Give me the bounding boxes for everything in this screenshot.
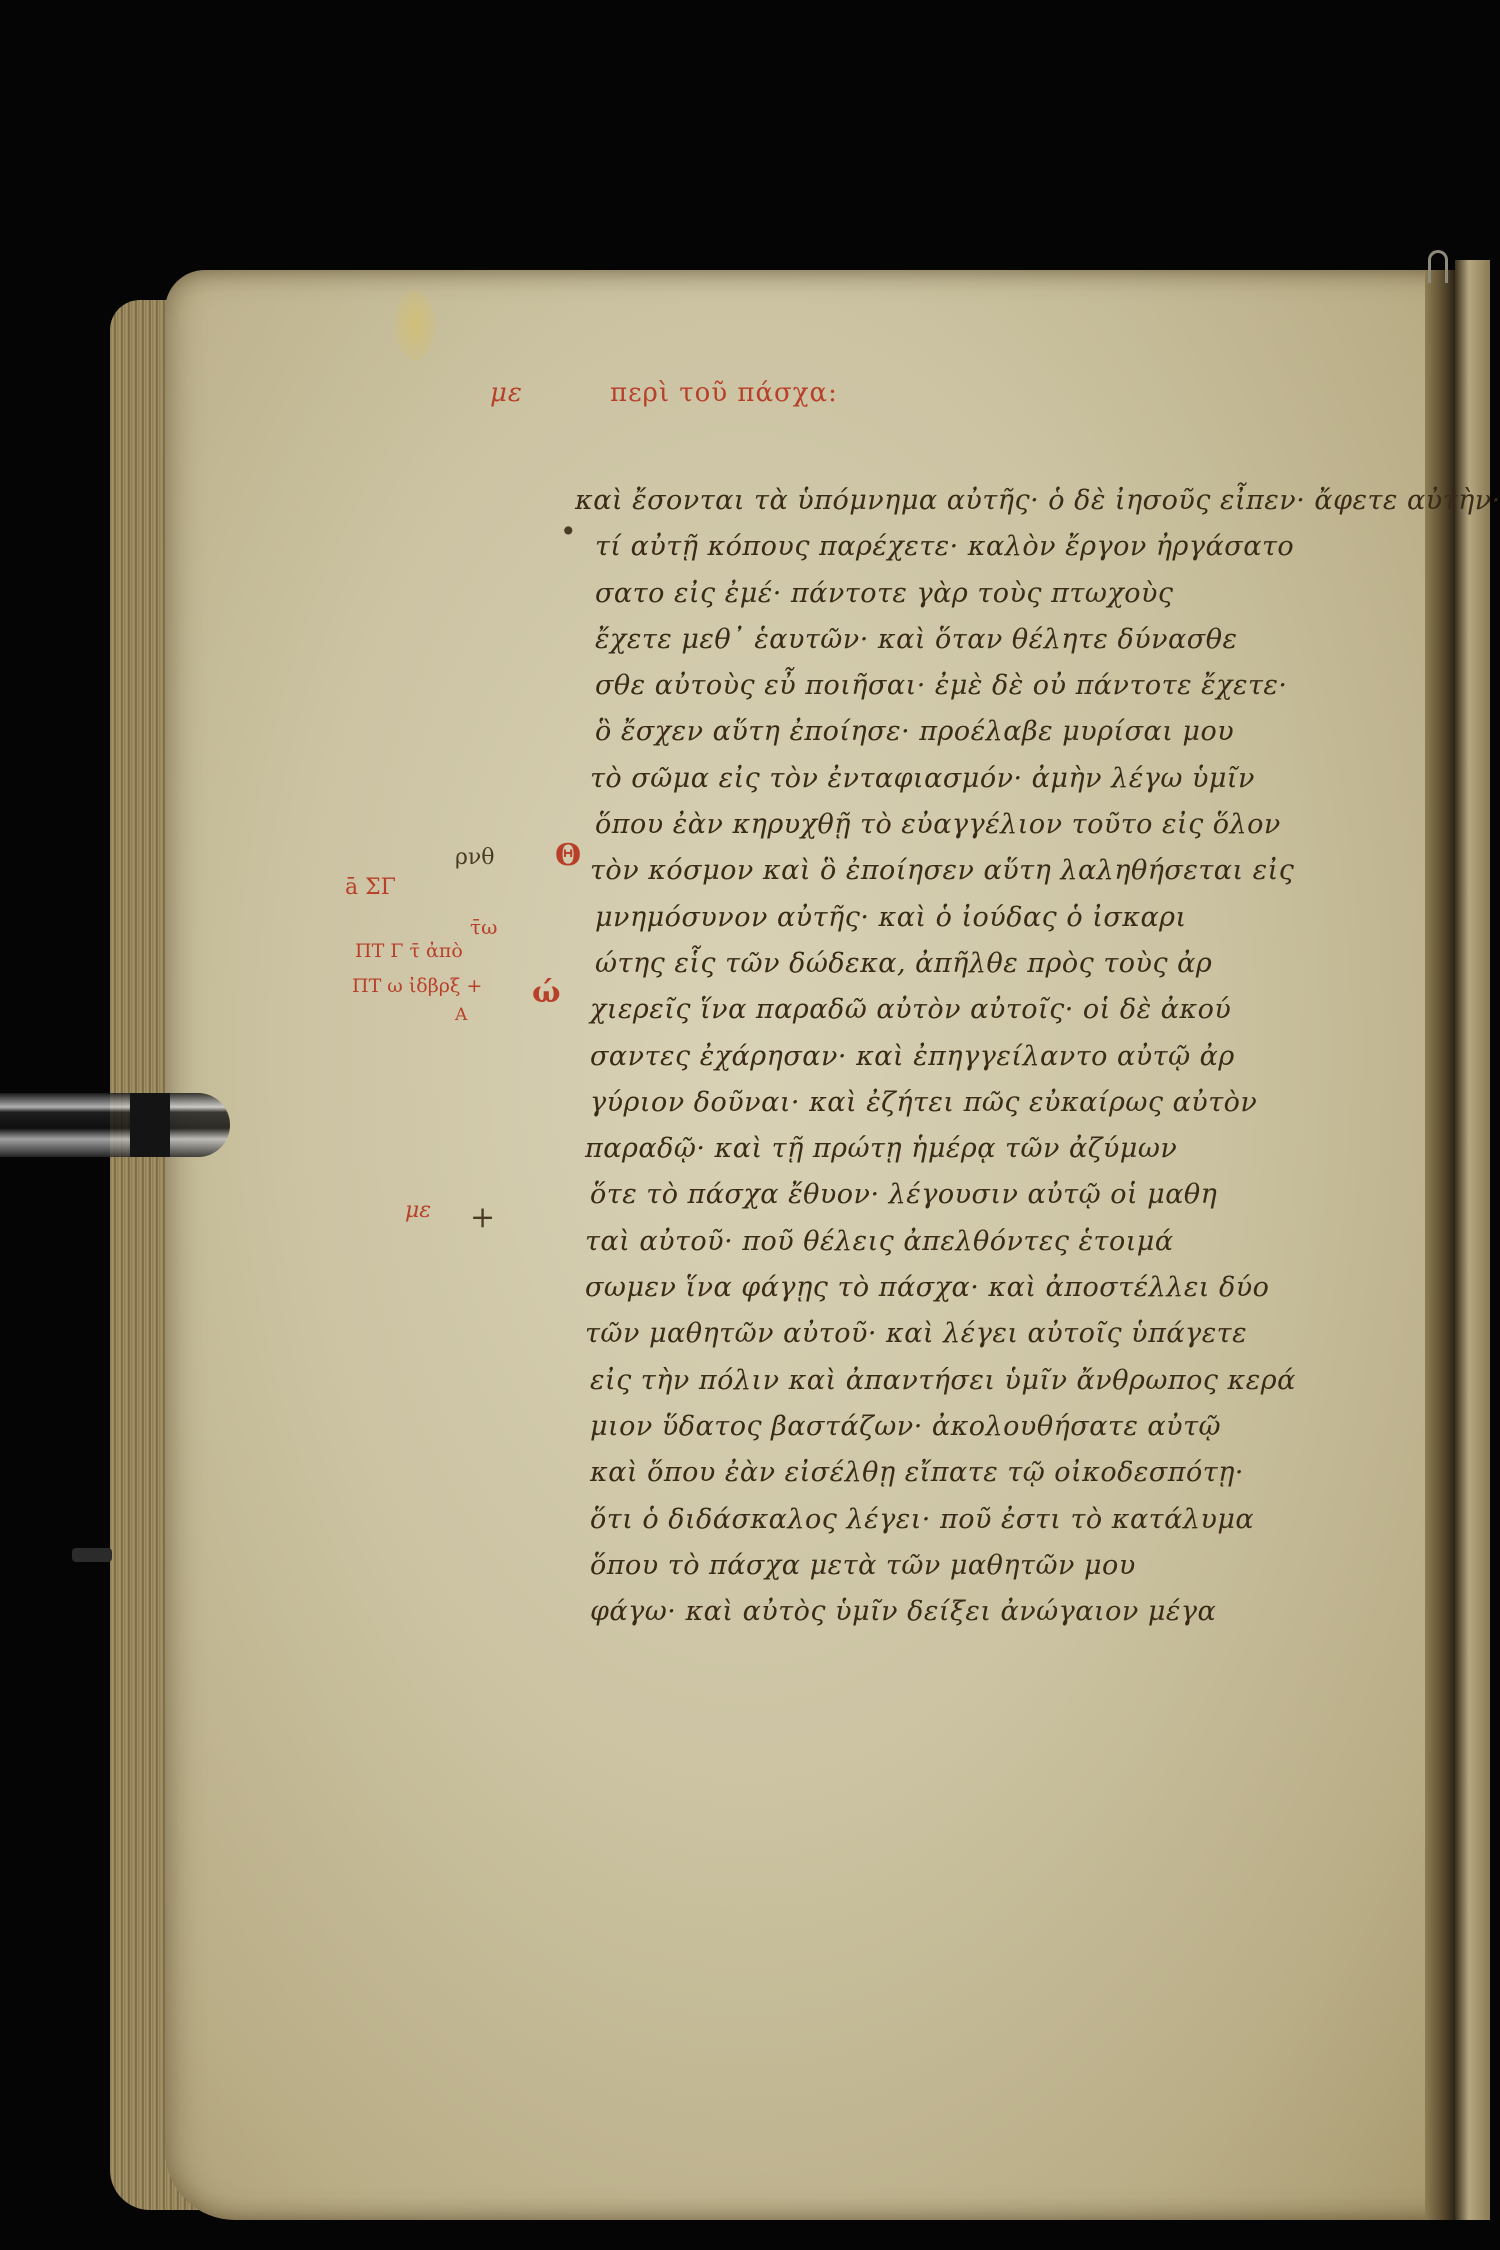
- cross-mark: +: [470, 1200, 495, 1235]
- text-line: ταὶ αὐτοῦ· ποῦ θέλεις ἀπελθόντες ἑτοιμά: [575, 1219, 1395, 1265]
- text-line: γύριον δοῦναι· καὶ ἐζήτει πῶς εὐκαίρως α…: [575, 1080, 1395, 1126]
- text-line: ὅτε τὸ πάσχα ἔθυον· λέγουσιν αὐτῷ οἱ μαθ…: [575, 1172, 1395, 1218]
- text-line: καὶ ὅπου ἐὰν εἰσέλθῃ εἴπατε τῷ οἰκοδεσπό…: [575, 1450, 1395, 1496]
- text-line: ἔχετε μεθ᾿ ἑαυτῶν· καὶ ὅταν θέλητε δύνασ…: [575, 617, 1395, 663]
- text-line: τὸν κόσμον καὶ ὃ ἐποίησεν αὕτη λαληθήσετ…: [575, 848, 1395, 894]
- text-line: μνημόσυνον αὐτῆς· καὶ ὁ ἰούδας ὁ ἰσκαρι: [575, 895, 1395, 941]
- bookmark-loop: [1428, 250, 1448, 283]
- text-line: τὸ σῶμα εἰς τὸν ἐνταφιασμόν· ἀμὴν λέγω ὑ…: [575, 756, 1395, 802]
- gutter-shadow: [1425, 270, 1455, 2220]
- text-line: εἰς τὴν πόλιν καὶ ἀπαντήσει ὑμῖν ἄνθρωπο…: [575, 1358, 1395, 1404]
- text-line: σωμεν ἵνα φάγῃς τὸ πάσχα· καὶ ἀποστέλλει…: [575, 1265, 1395, 1311]
- facing-page-edge: [1455, 260, 1490, 2220]
- manuscript-text-block: καὶ ἔσονται τὰ ὑπόμνημα αὐτῆς· ὁ δὲ ἰησο…: [575, 478, 1395, 1635]
- text-line: ὃ ἔσχεν αὕτη ἐποίησε· προέλαβε μυρίσαι μ…: [575, 709, 1395, 755]
- text-line: μιον ὕδατος βαστάζων· ἀκολουθήσατε αὐτῷ: [575, 1404, 1395, 1450]
- text-line: ὅπου ἐὰν κηρυχθῇ τὸ εὐαγγέλιον τοῦτο εἰς…: [575, 802, 1395, 848]
- page-clip: [72, 1548, 112, 1562]
- text-line: χιερεῖς ἵνα παραδῶ αὐτὸν αὐτοῖς· οἱ δὲ ἀ…: [575, 987, 1395, 1033]
- section-number-heading: με: [490, 378, 523, 408]
- canon-number: ρνθ: [455, 845, 495, 870]
- section-marker: ā ΣΓ: [345, 875, 396, 900]
- lection-note-2: ΠΤ ω ἰδβρξ +: [352, 975, 482, 997]
- initial-omega: ώ: [532, 975, 561, 1010]
- text-line: ώτης εἷς τῶν δώδεκα, ἀπῆλθε πρὸς τοὺς ἀρ: [575, 941, 1395, 987]
- lection-mark-right: τ̄ω: [470, 915, 497, 939]
- text-line: παραδῷ· καὶ τῇ πρώτῃ ἡμέρᾳ τῶν ἀζύμων: [575, 1126, 1395, 1172]
- text-line: τῶν μαθητῶν αὐτοῦ· καὶ λέγει αὐτοῖς ὑπάγ…: [575, 1311, 1395, 1357]
- rod-band: [130, 1093, 170, 1157]
- text-line: ὅτι ὁ διδάσκαλος λέγει· ποῦ ἐστι τὸ κατά…: [575, 1497, 1395, 1543]
- lection-mark-sub: Α: [455, 1005, 467, 1025]
- glass-page-weight-rod: [0, 1093, 230, 1157]
- section-number-2: με: [405, 1198, 431, 1223]
- text-line: καὶ ἔσονται τὰ ὑπόμνημα αὐτῆς· ὁ δὲ ἰησο…: [575, 478, 1395, 524]
- text-line: σαντες ἐχάρησαν· καὶ ἐπηγγείλαντο αὐτῷ ἀ…: [575, 1034, 1395, 1080]
- text-line: φάγω· καὶ αὐτὸς ὑμῖν δείξει ἀνώγαιον μέγ…: [575, 1589, 1395, 1635]
- text-line: ὅπου τὸ πάσχα μετὰ τῶν μαθητῶν μου: [575, 1543, 1395, 1589]
- text-line: τί αὐτῇ κόπους παρέχετε· καλὸν ἔργον ἠργ…: [575, 524, 1395, 570]
- text-line: σθε αὐτοὺς εὖ ποιῆσαι· ἐμὲ δὲ οὐ πάντοτε…: [575, 663, 1395, 709]
- parchment-stain: [395, 290, 435, 360]
- lection-note-1: ΠΤ Γ τ̄ ἀπὸ: [355, 940, 463, 962]
- rubric-title: περὶ τοῦ πάσχα:: [610, 378, 838, 408]
- text-line: σατο εἰς ἐμέ· πάντοτε γὰρ τοὺς πτωχοὺς: [575, 571, 1395, 617]
